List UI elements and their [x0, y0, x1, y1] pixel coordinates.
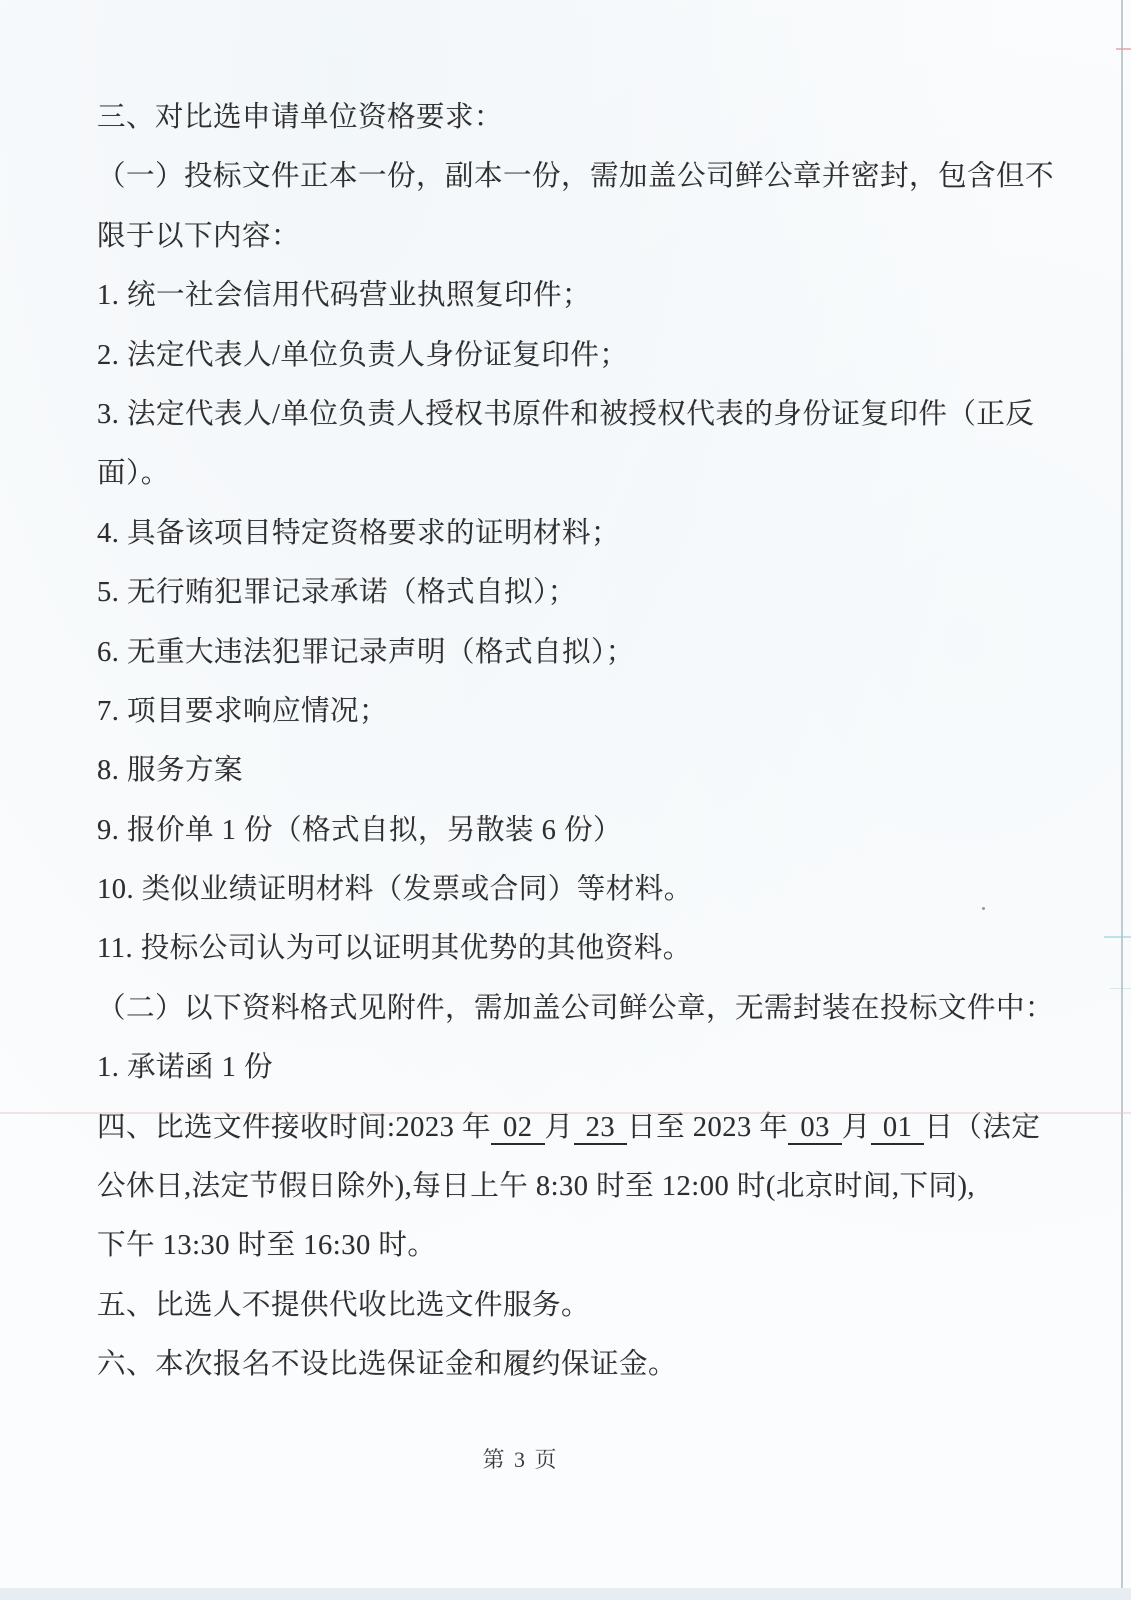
text-line-15: 11. 投标公司认为可以证明其优势的其他资料。	[97, 919, 1087, 978]
text-segment: 限于以下内容：	[97, 221, 300, 252]
text-line-10: 6. 无重大违法犯罪记录声明（格式自拟）；	[97, 623, 1087, 682]
text-line-19: 公休日,法定节假日除外),每日上午 8:30 时至 12:00 时(北京时间,下…	[97, 1157, 1087, 1216]
text-segment: （二）以下资料格式见附件，需加盖公司鲜公章，无需封装在投标文件中：	[97, 993, 1054, 1024]
text-segment: 10. 类似业绩证明材料（发票或合同）等材料。	[97, 874, 693, 905]
text-line-12: 8. 服务方案	[97, 741, 1087, 800]
filled-blank: 03	[788, 1112, 842, 1145]
scan-artifact-vertical-line	[1121, 0, 1123, 1600]
document-page: 三、对比选申请单位资格要求：（一）投标文件正本一份，副本一份，需加盖公司鲜公章并…	[0, 0, 1131, 1600]
scan-artifact-pink-tick	[1116, 48, 1131, 50]
text-segment: 5. 无行贿犯罪记录承诺（格式自拟）；	[97, 577, 577, 608]
text-line-8: 4. 具备该项目特定资格要求的证明材料；	[97, 504, 1087, 563]
text-line-2: （一）投标文件正本一份，副本一份，需加盖公司鲜公章并密封，包含但不	[97, 147, 1087, 206]
text-segment: 1. 承诺函 1 份	[97, 1052, 273, 1083]
text-line-5: 2. 法定代表人/单位负责人身份证复印件；	[97, 326, 1087, 385]
text-segment: 月	[545, 1112, 574, 1143]
text-line-18: 四、比选文件接收时间:2023 年02月23日至 2023 年03月01日（法定	[97, 1098, 1087, 1157]
text-line-16: （二）以下资料格式见附件，需加盖公司鲜公章，无需封装在投标文件中：	[97, 979, 1087, 1038]
text-line-7: 面）。	[97, 444, 1087, 503]
text-line-4: 1. 统一社会信用代码营业执照复印件；	[97, 266, 1087, 325]
text-segment: 7. 项目要求响应情况；	[97, 696, 388, 727]
scan-artifact-cyan-tick-2	[1110, 988, 1131, 989]
text-segment: 三、对比选申请单位资格要求：	[97, 102, 503, 133]
text-line-14: 10. 类似业绩证明材料（发票或合同）等材料。	[97, 860, 1087, 919]
text-segment: 六、本次报名不设比选保证金和履约保证金。	[97, 1349, 677, 1380]
text-segment: 公休日,法定节假日除外),每日上午 8:30 时至 12:00 时(北京时间,下…	[97, 1171, 975, 1202]
scan-artifact-speck	[982, 907, 985, 910]
text-line-1: 三、对比选申请单位资格要求：	[97, 88, 1087, 147]
scan-artifact-pink-rule	[0, 1112, 1131, 1114]
text-line-9: 5. 无行贿犯罪记录承诺（格式自拟）；	[97, 563, 1087, 622]
text-line-6: 3. 法定代表人/单位负责人授权书原件和被授权代表的身份证复印件（正反	[97, 385, 1087, 444]
text-segment: 1. 统一社会信用代码营业执照复印件；	[97, 280, 591, 311]
text-line-21: 五、比选人不提供代收比选文件服务。	[97, 1276, 1087, 1335]
text-segment: （一）投标文件正本一份，副本一份，需加盖公司鲜公章并密封，包含但不	[97, 161, 1054, 192]
text-segment: 9. 报价单 1 份（格式自拟，另散装 6 份）	[97, 815, 622, 846]
scan-artifact-cyan-tick	[1104, 936, 1131, 938]
text-segment: 月	[842, 1112, 871, 1143]
document-body: 三、对比选申请单位资格要求：（一）投标文件正本一份，副本一份，需加盖公司鲜公章并…	[97, 88, 1087, 1395]
text-segment: 面）。	[97, 458, 170, 489]
text-segment: 3. 法定代表人/单位负责人授权书原件和被授权代表的身份证复印件（正反	[97, 399, 1034, 430]
filled-blank: 23	[574, 1112, 628, 1145]
text-segment: 4. 具备该项目特定资格要求的证明材料；	[97, 518, 620, 549]
filled-blank: 01	[871, 1112, 925, 1145]
text-line-11: 7. 项目要求响应情况；	[97, 682, 1087, 741]
text-segment: 下午 13:30 时至 16:30 时。	[97, 1230, 436, 1261]
text-segment: 日至 2023 年	[627, 1112, 788, 1143]
filled-blank: 02	[491, 1112, 545, 1145]
text-line-22: 六、本次报名不设比选保证金和履约保证金。	[97, 1335, 1087, 1394]
text-segment: 6. 无重大违法犯罪记录声明（格式自拟）；	[97, 637, 635, 668]
text-line-3: 限于以下内容：	[97, 207, 1087, 266]
scan-artifact-bottom-strip	[0, 1588, 1131, 1600]
text-line-17: 1. 承诺函 1 份	[97, 1038, 1087, 1097]
text-segment: 四、比选文件接收时间:2023 年	[97, 1112, 491, 1143]
text-segment: 8. 服务方案	[97, 755, 243, 786]
page-number: 第 3 页	[0, 1443, 1041, 1474]
text-segment: 2. 法定代表人/单位负责人身份证复印件；	[97, 340, 628, 371]
text-segment: 11. 投标公司认为可以证明其优势的其他资料。	[97, 933, 692, 964]
text-segment: 日（法定	[924, 1112, 1040, 1143]
text-line-20: 下午 13:30 时至 16:30 时。	[97, 1216, 1087, 1275]
text-segment: 五、比选人不提供代收比选文件服务。	[97, 1290, 590, 1321]
text-line-13: 9. 报价单 1 份（格式自拟，另散装 6 份）	[97, 801, 1087, 860]
